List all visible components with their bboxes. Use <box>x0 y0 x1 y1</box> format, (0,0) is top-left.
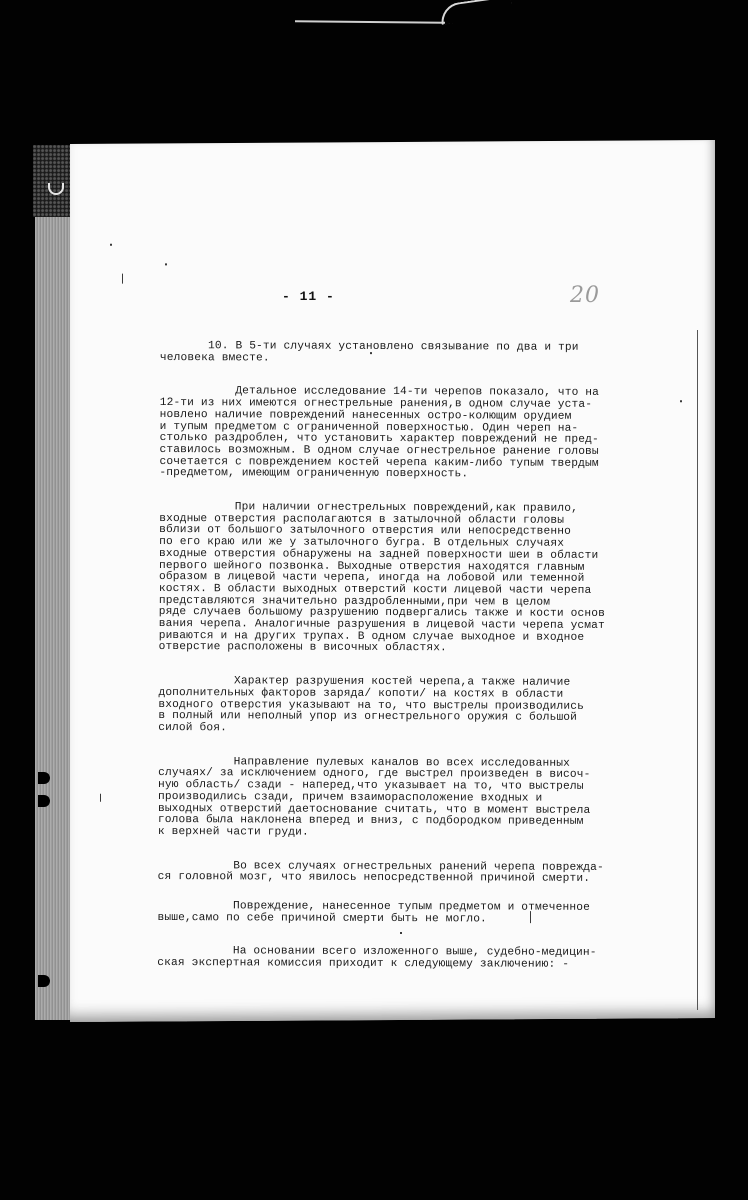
page-number: - 11 - <box>282 289 335 304</box>
paragraph-10: 10. В 5-ти случаях установлено связывани… <box>160 341 700 367</box>
paragraph-character: Характер разрушения костей черепа,а такж… <box>158 676 698 737</box>
binding-tab <box>33 145 75 217</box>
scan-artifact-line <box>295 20 445 24</box>
text-line: выше,само по себе причиной смерти быть н… <box>157 912 487 925</box>
handwritten-folio-number: 20 <box>570 283 600 308</box>
text-line: ская экспертная комиссия приходит к след… <box>157 957 569 971</box>
scanned-document: - 11 - 20 10. В 5-ти случаях установлено… <box>0 0 748 1200</box>
speck <box>165 263 167 265</box>
text-line: отверстие расположены в височных областя… <box>159 641 447 654</box>
speck <box>122 274 123 284</box>
binding-notch <box>38 975 50 987</box>
binding-notch <box>38 772 50 784</box>
speck <box>100 794 101 802</box>
paragraph-skulls: Детальное исследование 14-ти черепов пок… <box>159 386 699 482</box>
paragraph-blunt: Повреждение, нанесенное тупым предметом … <box>157 901 697 927</box>
document-body: 10. В 5-ти случаях установлено связывани… <box>157 341 700 972</box>
text-line: к верхней части груди. <box>158 826 309 839</box>
scan-artifact-squiggle <box>439 0 513 25</box>
text-line: ся головной мозг, что явилось непосредст… <box>158 871 590 885</box>
text-line: -предметом, имеющим ограниченную поверхн… <box>159 467 468 480</box>
speck <box>110 244 112 246</box>
text-line: человека вместе. <box>160 352 270 364</box>
paragraph-conclusion: На основании всего изложенного выше, суд… <box>157 946 697 972</box>
binding-notch <box>38 795 50 807</box>
text-line: силой боя. <box>158 722 227 734</box>
paragraph-brain: Во всех случаях огнестрельных ранений че… <box>158 861 698 887</box>
paragraph-entry-wounds: При наличии огнестрельных повреждений,ка… <box>159 502 700 656</box>
paragraph-direction: Направление пулевых каналов во всех иссл… <box>158 757 698 841</box>
